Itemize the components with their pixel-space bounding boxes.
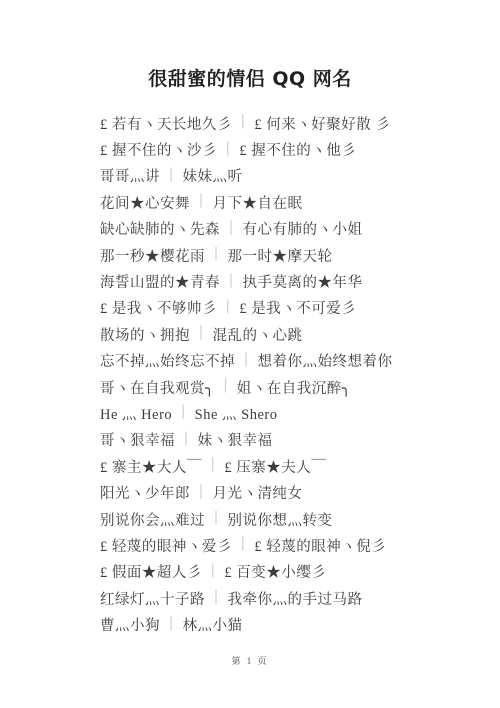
divider: ｜ [239, 350, 254, 370]
divider: ｜ [194, 323, 209, 343]
divider: ｜ [224, 218, 239, 238]
nickname-line: £ 寨主★大人￣｜£ 压寨★夫人￣ [100, 453, 500, 479]
nickname-right: 执手莫离的★年华 [243, 271, 363, 292]
nickname-line: 忘不掉灬始终忘不掉｜想着你灬始终想着你 [100, 348, 500, 374]
divider: ｜ [209, 244, 224, 264]
nickname-right: 妹妹灬听 [183, 165, 243, 186]
nickname-right: £ 轻蔑的眼神ヽ倪彡 [254, 535, 386, 556]
nickname-left: 哥ヽ狠幸福 [100, 429, 175, 450]
nickname-line: 那一秒★樱花雨｜那一时★摩天轮 [100, 242, 500, 268]
nickname-right: 想着你灬始终想着你 [258, 350, 393, 371]
divider: ｜ [236, 534, 251, 554]
divider: ｜ [209, 508, 224, 528]
nickname-line: 海誓山盟的★青春｜执手莫离的★年华 [100, 268, 500, 294]
nickname-right: 别说你想灬转变 [228, 509, 333, 530]
divider: ｜ [236, 112, 251, 132]
nickname-left: £ 是我ヽ不够帅彡 [100, 297, 217, 318]
divider: ｜ [224, 271, 239, 291]
divider: ｜ [179, 429, 194, 449]
nickname-right: 林灬小猫 [183, 614, 243, 635]
nickname-line: 缺心缺肺的ヽ先森｜有心有肺的ヽ小姐 [100, 216, 500, 242]
nickname-left: 散场的ヽ拥抱 [100, 324, 190, 345]
nickname-line: £ 若有ヽ天长地久彡｜£ 何来ヽ好聚好散 彡 [100, 110, 500, 136]
nickname-left: He 灬 Hero [100, 403, 172, 424]
divider: ｜ [164, 614, 179, 634]
nickname-right: £ 压寨★夫人￣ [224, 456, 326, 477]
nickname-right: £ 是我ヽ不可爱彡 [239, 297, 356, 318]
document-page: 很甜蜜的情侣 QQ 网名 £ 若有ヽ天长地久彡｜£ 何来ヽ好聚好散 彡£ 握不住… [0, 0, 500, 708]
page-title: 很甜蜜的情侣 QQ 网名 [0, 0, 500, 92]
nickname-left: 花间★心安舞 [100, 192, 190, 213]
nickname-left: 海誓山盟的★青春 [100, 271, 220, 292]
nickname-list: £ 若有ヽ天长地久彡｜£ 何来ヽ好聚好散 彡£ 握不住的ヽ沙彡｜£ 握不住的ヽ他… [100, 110, 500, 638]
nickname-right: She 灬 Shero [195, 403, 278, 424]
nickname-line: £ 握不住的ヽ沙彡｜£ 握不住的ヽ他彡 [100, 136, 500, 162]
nickname-right: 月光ヽ清纯女 [213, 482, 303, 503]
nickname-right: £ 何来ヽ好聚好散 彡 [254, 113, 390, 134]
nickname-left: 哥哥灬讲 [100, 165, 160, 186]
divider: ｜ [176, 402, 191, 422]
nickname-line: 红绿灯灬十子路｜我牵你灬的手过马路 [100, 585, 500, 611]
nickname-line: 别说你会灬难过｜别说你想灬转变 [100, 506, 500, 532]
divider: ｜ [194, 482, 209, 502]
divider: ｜ [206, 455, 221, 475]
nickname-left: 缺心缺肺的ヽ先森 [100, 218, 220, 239]
nickname-left: 红绿灯灬十子路 [100, 588, 205, 609]
nickname-left: £ 轻蔑的眼神ヽ爱彡 [100, 535, 232, 556]
divider: ｜ [164, 165, 179, 185]
nickname-right: 月下★自在眠 [213, 192, 303, 213]
nickname-line: 散场的ヽ拥抱｜混乱的ヽ心跳 [100, 321, 500, 347]
nickname-right: £ 百变★小缨彡 [224, 561, 326, 582]
nickname-left: 曹灬小狗 [100, 614, 160, 635]
divider: ｜ [206, 561, 221, 581]
nickname-left: £ 假面★超人彡 [100, 561, 202, 582]
nickname-left: £ 若有ヽ天长地久彡 [100, 113, 232, 134]
nickname-line: £ 假面★超人彡｜£ 百变★小缨彡 [100, 559, 500, 585]
nickname-left: 哥ヽ在自我观赏╮ [100, 377, 214, 398]
divider: ｜ [194, 191, 209, 211]
nickname-line: 曹灬小狗｜林灬小猫 [100, 611, 500, 637]
nickname-left: 那一秒★樱花雨 [100, 245, 205, 266]
nickname-right: 姐ヽ在自我沉醉╮ [237, 377, 351, 398]
nickname-right: £ 握不住的ヽ他彡 [239, 139, 356, 160]
nickname-line: 哥哥灬讲｜妹妹灬听 [100, 163, 500, 189]
nickname-line: 花间★心安舞｜月下★自在眠 [100, 189, 500, 215]
page-number: 第 1 页 [0, 654, 500, 667]
nickname-line: 阳光ヽ少年郎｜月光ヽ清纯女 [100, 479, 500, 505]
nickname-left: 阳光ヽ少年郎 [100, 482, 190, 503]
divider: ｜ [221, 297, 236, 317]
nickname-right: 混乱的ヽ心跳 [213, 324, 303, 345]
nickname-left: £ 寨主★大人￣ [100, 456, 202, 477]
nickname-right: 那一时★摩天轮 [228, 245, 333, 266]
nickname-left: 忘不掉灬始终忘不掉 [100, 350, 235, 371]
nickname-left: 别说你会灬难过 [100, 509, 205, 530]
nickname-line: 哥ヽ在自我观赏╮｜姐ヽ在自我沉醉╮ [100, 374, 500, 400]
nickname-right: 有心有肺的ヽ小姐 [243, 218, 363, 239]
nickname-right: 妹ヽ狠幸福 [198, 429, 273, 450]
nickname-line: £ 是我ヽ不够帅彡｜£ 是我ヽ不可爱彡 [100, 295, 500, 321]
divider: ｜ [221, 139, 236, 159]
nickname-right: 我牵你灬的手过马路 [228, 588, 363, 609]
divider: ｜ [218, 376, 233, 396]
nickname-line: 哥ヽ狠幸福｜妹ヽ狠幸福 [100, 427, 500, 453]
divider: ｜ [209, 587, 224, 607]
nickname-line: He 灬 Hero｜She 灬 Shero [100, 400, 500, 426]
nickname-line: £ 轻蔑的眼神ヽ爱彡｜£ 轻蔑的眼神ヽ倪彡 [100, 532, 500, 558]
nickname-left: £ 握不住的ヽ沙彡 [100, 139, 217, 160]
